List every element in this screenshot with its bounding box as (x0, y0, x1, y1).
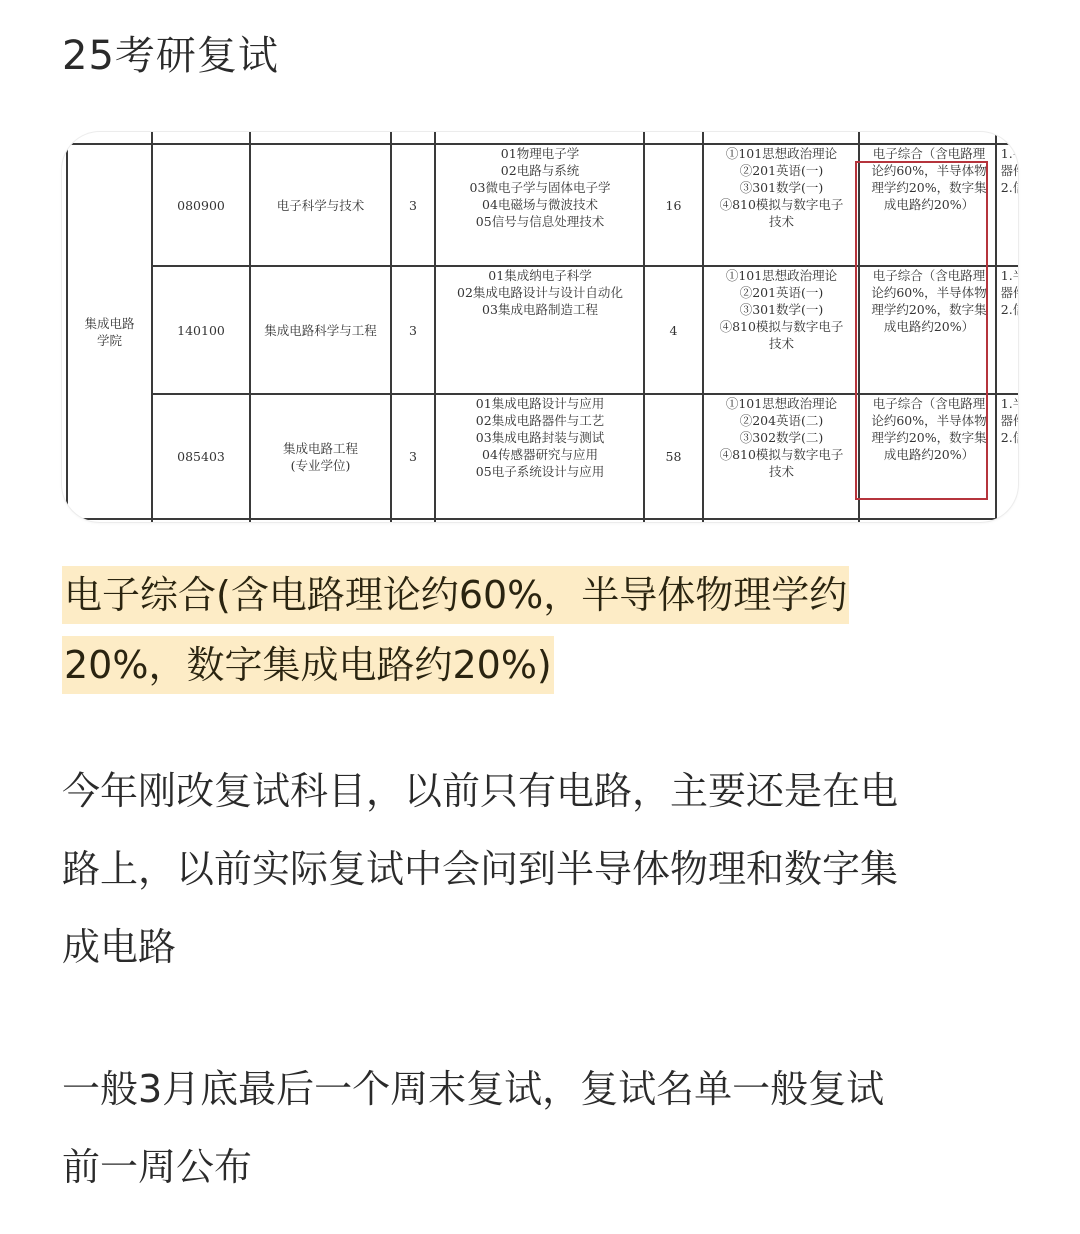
exam-item: 技术 (769, 335, 794, 352)
paragraph-line: 今年刚改复试科目，以前只有电路，主要还是在电 (62, 752, 1022, 830)
paragraph-exam-change: 今年刚改复试科目，以前只有电路，主要还是在电 路上，以前实际复试中会问到半导体物… (62, 752, 1022, 986)
exam-item: ②201英语(一) (740, 162, 824, 179)
school-cell: 集成电路 学院 (68, 145, 151, 518)
extra-line: 器件 (1000, 162, 1018, 179)
col-divider (702, 132, 704, 522)
post-title: 25考研复试 (62, 28, 279, 84)
table-border-bottom (68, 518, 1018, 520)
retest-highlight-box (855, 161, 988, 500)
extra-cell-truncated: 1.半 器件 2.信 (998, 395, 1018, 518)
exam-item: ④810模拟与数字电子 (720, 196, 844, 213)
paragraph-line: 路上，以前实际复试中会问到半导体物理和数字集 (62, 830, 1022, 908)
admissions-table: 集成电路 学院 080900 电子科学与技术 3 01物理电子学 02电路与系统… (62, 132, 1018, 522)
extra-line: 器件 (1000, 284, 1018, 301)
direction-item: 02集成电路设计与设计自动化 (457, 284, 623, 301)
extra-line: 2.信 (1001, 179, 1018, 196)
direction-item: 05信号与信息处理技术 (476, 213, 604, 230)
years-cell: 3 (392, 145, 434, 265)
direction-item: 04传感器研究与应用 (482, 446, 598, 463)
highlight-line: 20%，数字集成电路约20%) (62, 636, 554, 694)
directions-cell: 01集成纳电子科学 02集成电路设计与设计自动化 03集成电路制造工程 (437, 267, 643, 393)
quota-cell: 58 (645, 395, 702, 518)
col-divider (995, 132, 997, 522)
quota-cell: 4 (645, 267, 702, 393)
direction-item: 05电子系统设计与应用 (476, 463, 604, 480)
exam-item: ①101思想政治理论 (726, 395, 837, 412)
major-code-cell: 085403 (153, 395, 249, 518)
exam-item: 技术 (769, 213, 794, 230)
direction-item: 03集成电路制造工程 (482, 301, 598, 318)
paragraph-schedule: 一般3月底最后一个周末复试，复试名单一般复试 前一周公布 (62, 1050, 1022, 1206)
paragraph-line: 一般3月底最后一个周末复试，复试名单一般复试 (62, 1050, 1022, 1128)
extra-line: 1.半 (1001, 145, 1018, 162)
exam-item: ①101思想政治理论 (726, 145, 837, 162)
major-name: 集成电路工程 (283, 440, 358, 457)
school-name-line: 学院 (97, 332, 122, 349)
directions-cell: 01集成电路设计与应用 02集成电路器件与工艺 03集成电路封装与测试 04传感… (437, 395, 643, 518)
exam-item: ②204英语(二) (740, 412, 824, 429)
extra-line: 器件 (1000, 412, 1018, 429)
direction-item: 02电路与系统 (501, 162, 579, 179)
exams-cell: ①101思想政治理论 ②204英语(二) ③302数学(二) ④810模拟与数字… (705, 395, 858, 518)
exam-item: 技术 (769, 463, 794, 480)
extra-line: 1.半 (1001, 395, 1018, 412)
paragraph-line: 成电路 (62, 908, 1022, 986)
exam-item: ④810模拟与数字电子 (720, 318, 844, 335)
retest-line: 电子综合（含电路理 (873, 145, 986, 162)
exam-item: ③301数学(一) (740, 179, 824, 196)
table-image-card: 集成电路 学院 080900 电子科学与技术 3 01物理电子学 02电路与系统… (62, 132, 1018, 522)
major-name: 电子科学与技术 (277, 197, 365, 214)
paragraph-line: 前一周公布 (62, 1128, 1022, 1206)
major-degree-type: (专业学位) (291, 457, 351, 474)
exam-item: ③301数学(一) (740, 301, 824, 318)
exams-cell: ①101思想政治理论 ②201英语(一) ③301数学(一) ④810模拟与数字… (705, 145, 858, 265)
direction-item: 01集成电路设计与应用 (476, 395, 604, 412)
exam-item: ①101思想政治理论 (726, 267, 837, 284)
extra-cell-truncated: 1.半 器件 2.信 (998, 267, 1018, 393)
exam-item: ③302数学(二) (740, 429, 824, 446)
major-code-cell: 140100 (153, 267, 249, 393)
major-code-cell: 080900 (153, 145, 249, 265)
extra-line: 1.半 (1001, 267, 1018, 284)
direction-item: 03微电子学与固体电子学 (470, 179, 611, 196)
major-name-cell: 电子科学与技术 (251, 145, 390, 265)
direction-item: 03集成电路封装与测试 (476, 429, 604, 446)
major-name-cell: 集成电路科学与工程 (251, 267, 390, 393)
direction-item: 01集成纳电子科学 (488, 267, 591, 284)
extra-line: 2.信 (1001, 429, 1018, 446)
directions-cell: 01物理电子学 02电路与系统 03微电子学与固体电子学 04电磁场与微波技术 … (437, 145, 643, 265)
major-name: 集成电路科学与工程 (264, 322, 377, 339)
direction-item: 01物理电子学 (501, 145, 579, 162)
extra-cell-truncated: 1.半 器件 2.信 (998, 145, 1018, 265)
exam-item: ④810模拟与数字电子 (720, 446, 844, 463)
exam-item: ②201英语(一) (740, 284, 824, 301)
quota-cell: 16 (645, 145, 702, 265)
exams-cell: ①101思想政治理论 ②201英语(一) ③301数学(一) ④810模拟与数字… (705, 267, 858, 393)
col-divider (434, 132, 436, 522)
direction-item: 04电磁场与微波技术 (482, 196, 598, 213)
major-name-cell: 集成电路工程 (专业学位) (251, 395, 390, 518)
extra-line: 2.信 (1001, 301, 1018, 318)
school-name-line: 集成电路 (84, 315, 134, 332)
years-cell: 3 (392, 395, 434, 518)
highlighted-quote: 电子综合(含电路理论约60%，半导体物理学约 20%，数字集成电路约20%) (62, 566, 1022, 694)
years-cell: 3 (392, 267, 434, 393)
direction-item: 02集成电路器件与工艺 (476, 412, 604, 429)
highlight-line: 电子综合(含电路理论约60%，半导体物理学约 (62, 566, 849, 624)
